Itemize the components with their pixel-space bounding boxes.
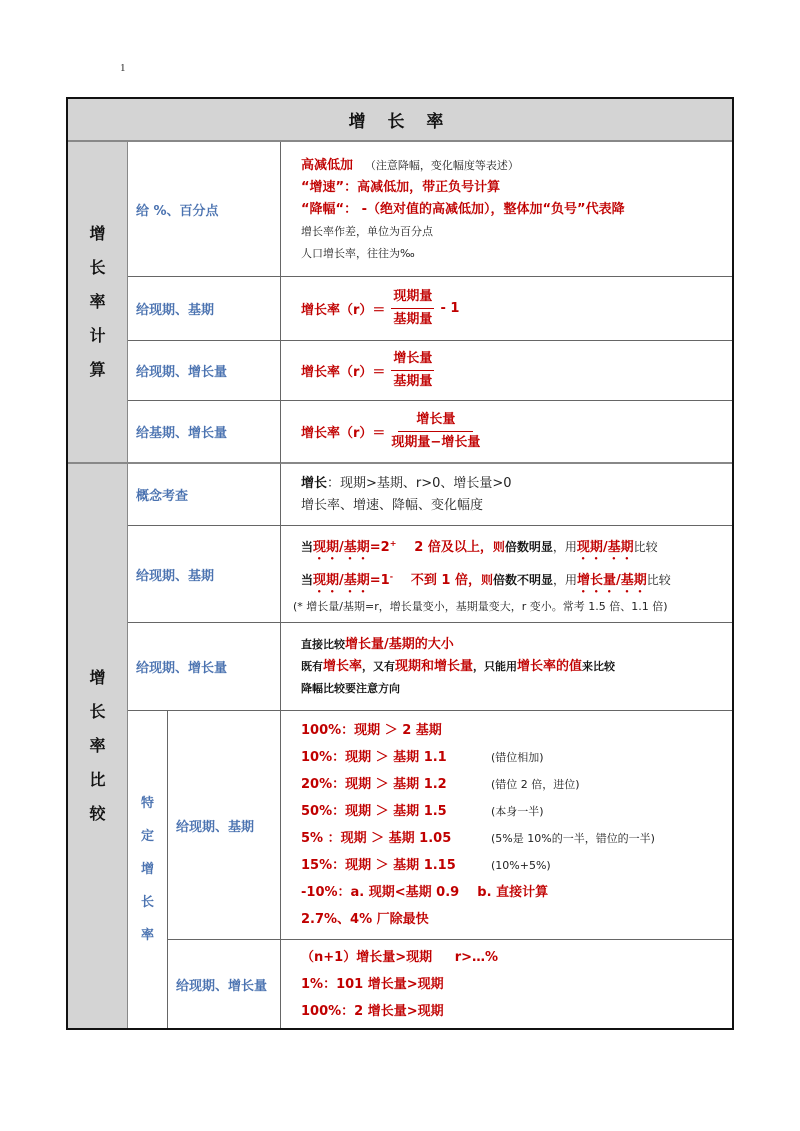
text: ，又有 bbox=[362, 660, 395, 673]
formula-lhs: 增长率（r）＝ bbox=[301, 422, 385, 441]
rule-note: (错位 2 倍，进位) bbox=[491, 778, 580, 791]
text-red: =1 bbox=[370, 573, 390, 588]
text: ，用 bbox=[553, 540, 577, 554]
text-red: 增长率 bbox=[323, 659, 362, 674]
text: 倍数明显 bbox=[505, 540, 553, 554]
text-red: 现期/基期 bbox=[313, 573, 370, 588]
numerator: 增长量 bbox=[398, 411, 473, 432]
condition-label: 给现期、增长量 bbox=[136, 361, 227, 380]
formula-lhs: 增长率（r）＝ bbox=[301, 299, 385, 318]
condition-cell: 给现期、增长量 bbox=[128, 623, 281, 711]
rule-text: 15%：现期 ＞ 基期 1.15 bbox=[301, 852, 491, 879]
text: 直接比较 bbox=[301, 638, 345, 651]
condition-cell: 给现期、增长量 bbox=[128, 341, 281, 401]
label-char: 增 bbox=[89, 217, 105, 251]
content-cell: 增长：现期>基期、r>0、增长量>0 增长率、增速、降幅、变化幅度 bbox=[281, 464, 732, 526]
text-note: (* 增长量/基期=r，增长量变小，基期量变大，r 变小。常考 1.5 倍、1.… bbox=[293, 596, 732, 618]
content-cell: 当现期/基期=2+ 2 倍及以上，则倍数明显，用现期/基期比较 当现期/基期=1… bbox=[281, 526, 732, 623]
text-red: 现期和增长量 bbox=[395, 659, 473, 674]
rule-text: 2.7%、4% 厂除最快 bbox=[301, 906, 732, 933]
label-char: 增 bbox=[89, 661, 105, 695]
condition-label: 给 %、百分点 bbox=[136, 200, 219, 219]
text: 倍数不明显 bbox=[493, 573, 553, 587]
condition-label: 给现期、基期 bbox=[136, 565, 214, 584]
condition-label: 给现期、基期 bbox=[176, 816, 254, 835]
text: 当 bbox=[301, 540, 313, 554]
condition-cell: 给基期、增长量 bbox=[128, 401, 281, 464]
text: 来比较 bbox=[582, 660, 615, 673]
text-red: 2 倍及以上， bbox=[414, 540, 493, 555]
denominator: 基期量 bbox=[393, 309, 432, 329]
text-line: 降幅比较要注意方向 bbox=[301, 678, 732, 700]
condition-label: 给现期、增长量 bbox=[176, 975, 267, 994]
text: 比较 bbox=[634, 540, 658, 554]
page-number: 1 bbox=[120, 62, 126, 74]
text-red: 现期/基期 bbox=[313, 540, 370, 555]
table-title: 增 长 率 bbox=[68, 99, 732, 142]
text-red: 增长量/基期 bbox=[577, 573, 647, 588]
section-label-comparison: 增 长 率 比 较 bbox=[68, 464, 128, 1028]
text-red: =2 bbox=[370, 540, 390, 555]
text-red: 增长量/基期的大小 bbox=[345, 637, 454, 652]
denominator: 基期量 bbox=[393, 371, 432, 391]
growth-rate-table: 增 长 率 增 长 率 计 算 给 %、百分点 高减低加 （注意降幅，变化幅度等… bbox=[66, 97, 734, 1030]
condition-cell: 给现期、基期 bbox=[128, 526, 281, 623]
label-char: 比 bbox=[89, 763, 105, 797]
text-red: 则 bbox=[481, 573, 493, 587]
numerator: 增长量 bbox=[391, 350, 434, 371]
label-char: 算 bbox=[89, 353, 105, 387]
content-cell: 100%：现期 ＞ 2 基期 10%：现期 ＞ 基期 1.1(错位相加) 20%… bbox=[281, 711, 732, 940]
content-cell: 增长率（r）＝ 增长量 基期量 bbox=[281, 341, 732, 401]
label-char: 率 bbox=[89, 285, 105, 319]
rule-text: 10%：现期 ＞ 基期 1.1 bbox=[301, 744, 491, 771]
text: 当 bbox=[301, 573, 313, 587]
rule-text: 20%：现期 ＞ 基期 1.2 bbox=[301, 771, 491, 798]
text: ，用 bbox=[553, 573, 577, 587]
rule-text: 100%：现期 ＞ 2 基期 bbox=[301, 717, 491, 744]
section-label-calculation: 增 长 率 计 算 bbox=[68, 142, 128, 464]
text-note: （注意降幅，变化幅度等表述） bbox=[365, 159, 519, 172]
superscript: + bbox=[390, 539, 397, 548]
denominator: 现期量−增长量 bbox=[391, 432, 480, 452]
content-cell: 增长率（r）＝ 现期量 基期量 - 1 bbox=[281, 277, 732, 341]
text-red: “增速”：高减低加，带正负号计算 bbox=[301, 177, 732, 199]
rule-text: -10%：a. 现期<基期 0.9 b. 直接计算 bbox=[301, 879, 732, 906]
condition-label: 给现期、增长量 bbox=[136, 657, 227, 676]
text-line: 增长率、增速、降幅、变化幅度 bbox=[301, 495, 732, 517]
text-red: 高减低加 bbox=[301, 158, 353, 173]
text: 比较 bbox=[647, 573, 671, 587]
rule-text: 50%：现期 ＞ 基期 1.5 bbox=[301, 798, 491, 825]
text: 既有 bbox=[301, 660, 323, 673]
text-red: 现期/基期 bbox=[577, 540, 634, 555]
rule-note: (本身一半) bbox=[491, 805, 544, 818]
label-char: 率 bbox=[89, 729, 105, 763]
rule-note: (5%是 10%的一半，错位的一半) bbox=[491, 832, 655, 845]
label-char: 计 bbox=[89, 319, 105, 353]
label-char: 定 bbox=[141, 820, 154, 853]
label-char: 率 bbox=[141, 919, 154, 952]
condition-cell: 给现期、增长量 bbox=[168, 940, 281, 1028]
rule-note: (10%+5%) bbox=[491, 859, 551, 872]
rule-text: 5% ：现期 ＞ 基期 1.05 bbox=[301, 825, 491, 852]
fraction: 增长量 现期量−增长量 bbox=[391, 411, 480, 452]
formula-lhs: 增长率（r）＝ bbox=[301, 361, 385, 380]
fraction: 增长量 基期量 bbox=[391, 350, 434, 391]
numerator: 现期量 bbox=[391, 288, 434, 309]
text-line: ：现期>基期、r>0、增长量>0 bbox=[327, 476, 512, 491]
special-rate-label: 特 定 增 长 率 bbox=[128, 711, 168, 1028]
label-char: 长 bbox=[141, 886, 154, 919]
text-red: 增长率的值 bbox=[517, 659, 582, 674]
condition-cell: 给 %、百分点 bbox=[128, 142, 281, 277]
rule-text: 100%：2 增长量>现期 bbox=[301, 998, 732, 1025]
content-cell: 增长率（r）＝ 增长量 现期量−增长量 bbox=[281, 401, 732, 464]
condition-label: 给现期、基期 bbox=[136, 299, 214, 318]
rule-note: (错位相加) bbox=[491, 751, 544, 764]
condition-label: 概念考查 bbox=[136, 485, 188, 504]
text-bold: 增长 bbox=[301, 476, 327, 491]
content-cell: （n+1）增长量>现期 r>…% 1%：101 增长量>现期 100%：2 增长… bbox=[281, 940, 732, 1028]
text-line: 人口增长率，往往为‰ bbox=[301, 243, 732, 265]
condition-cell: 概念考查 bbox=[128, 464, 281, 526]
rule-text: （n+1）增长量>现期 r>…% bbox=[301, 944, 732, 971]
condition-label: 给基期、增长量 bbox=[136, 422, 227, 441]
text-red: 则 bbox=[493, 540, 505, 554]
text: ，只能用 bbox=[473, 660, 517, 673]
text-red: “降幅“： -（绝对值的高减低加），整体加“负号”代表降 bbox=[301, 199, 732, 221]
condition-cell: 给现期、基期 bbox=[168, 711, 281, 940]
label-char: 较 bbox=[89, 797, 105, 831]
content-cell: 直接比较增长量/基期的大小 既有增长率，又有现期和增长量，只能用增长率的值来比较… bbox=[281, 623, 732, 711]
text-line: 增长率作差，单位为百分点 bbox=[301, 221, 732, 243]
label-char: 长 bbox=[89, 695, 105, 729]
superscript: - bbox=[390, 572, 393, 581]
label-char: 特 bbox=[141, 787, 154, 820]
condition-cell: 给现期、基期 bbox=[128, 277, 281, 341]
label-char: 长 bbox=[89, 251, 105, 285]
formula-suffix: - 1 bbox=[440, 301, 459, 316]
label-char: 增 bbox=[141, 853, 154, 886]
fraction: 现期量 基期量 bbox=[391, 288, 434, 329]
text-red: 不到 1 倍， bbox=[411, 573, 481, 588]
content-cell: 高减低加 （注意降幅，变化幅度等表述） “增速”：高减低加，带正负号计算 “降幅… bbox=[281, 142, 732, 277]
rule-text: 1%：101 增长量>现期 bbox=[301, 971, 732, 998]
